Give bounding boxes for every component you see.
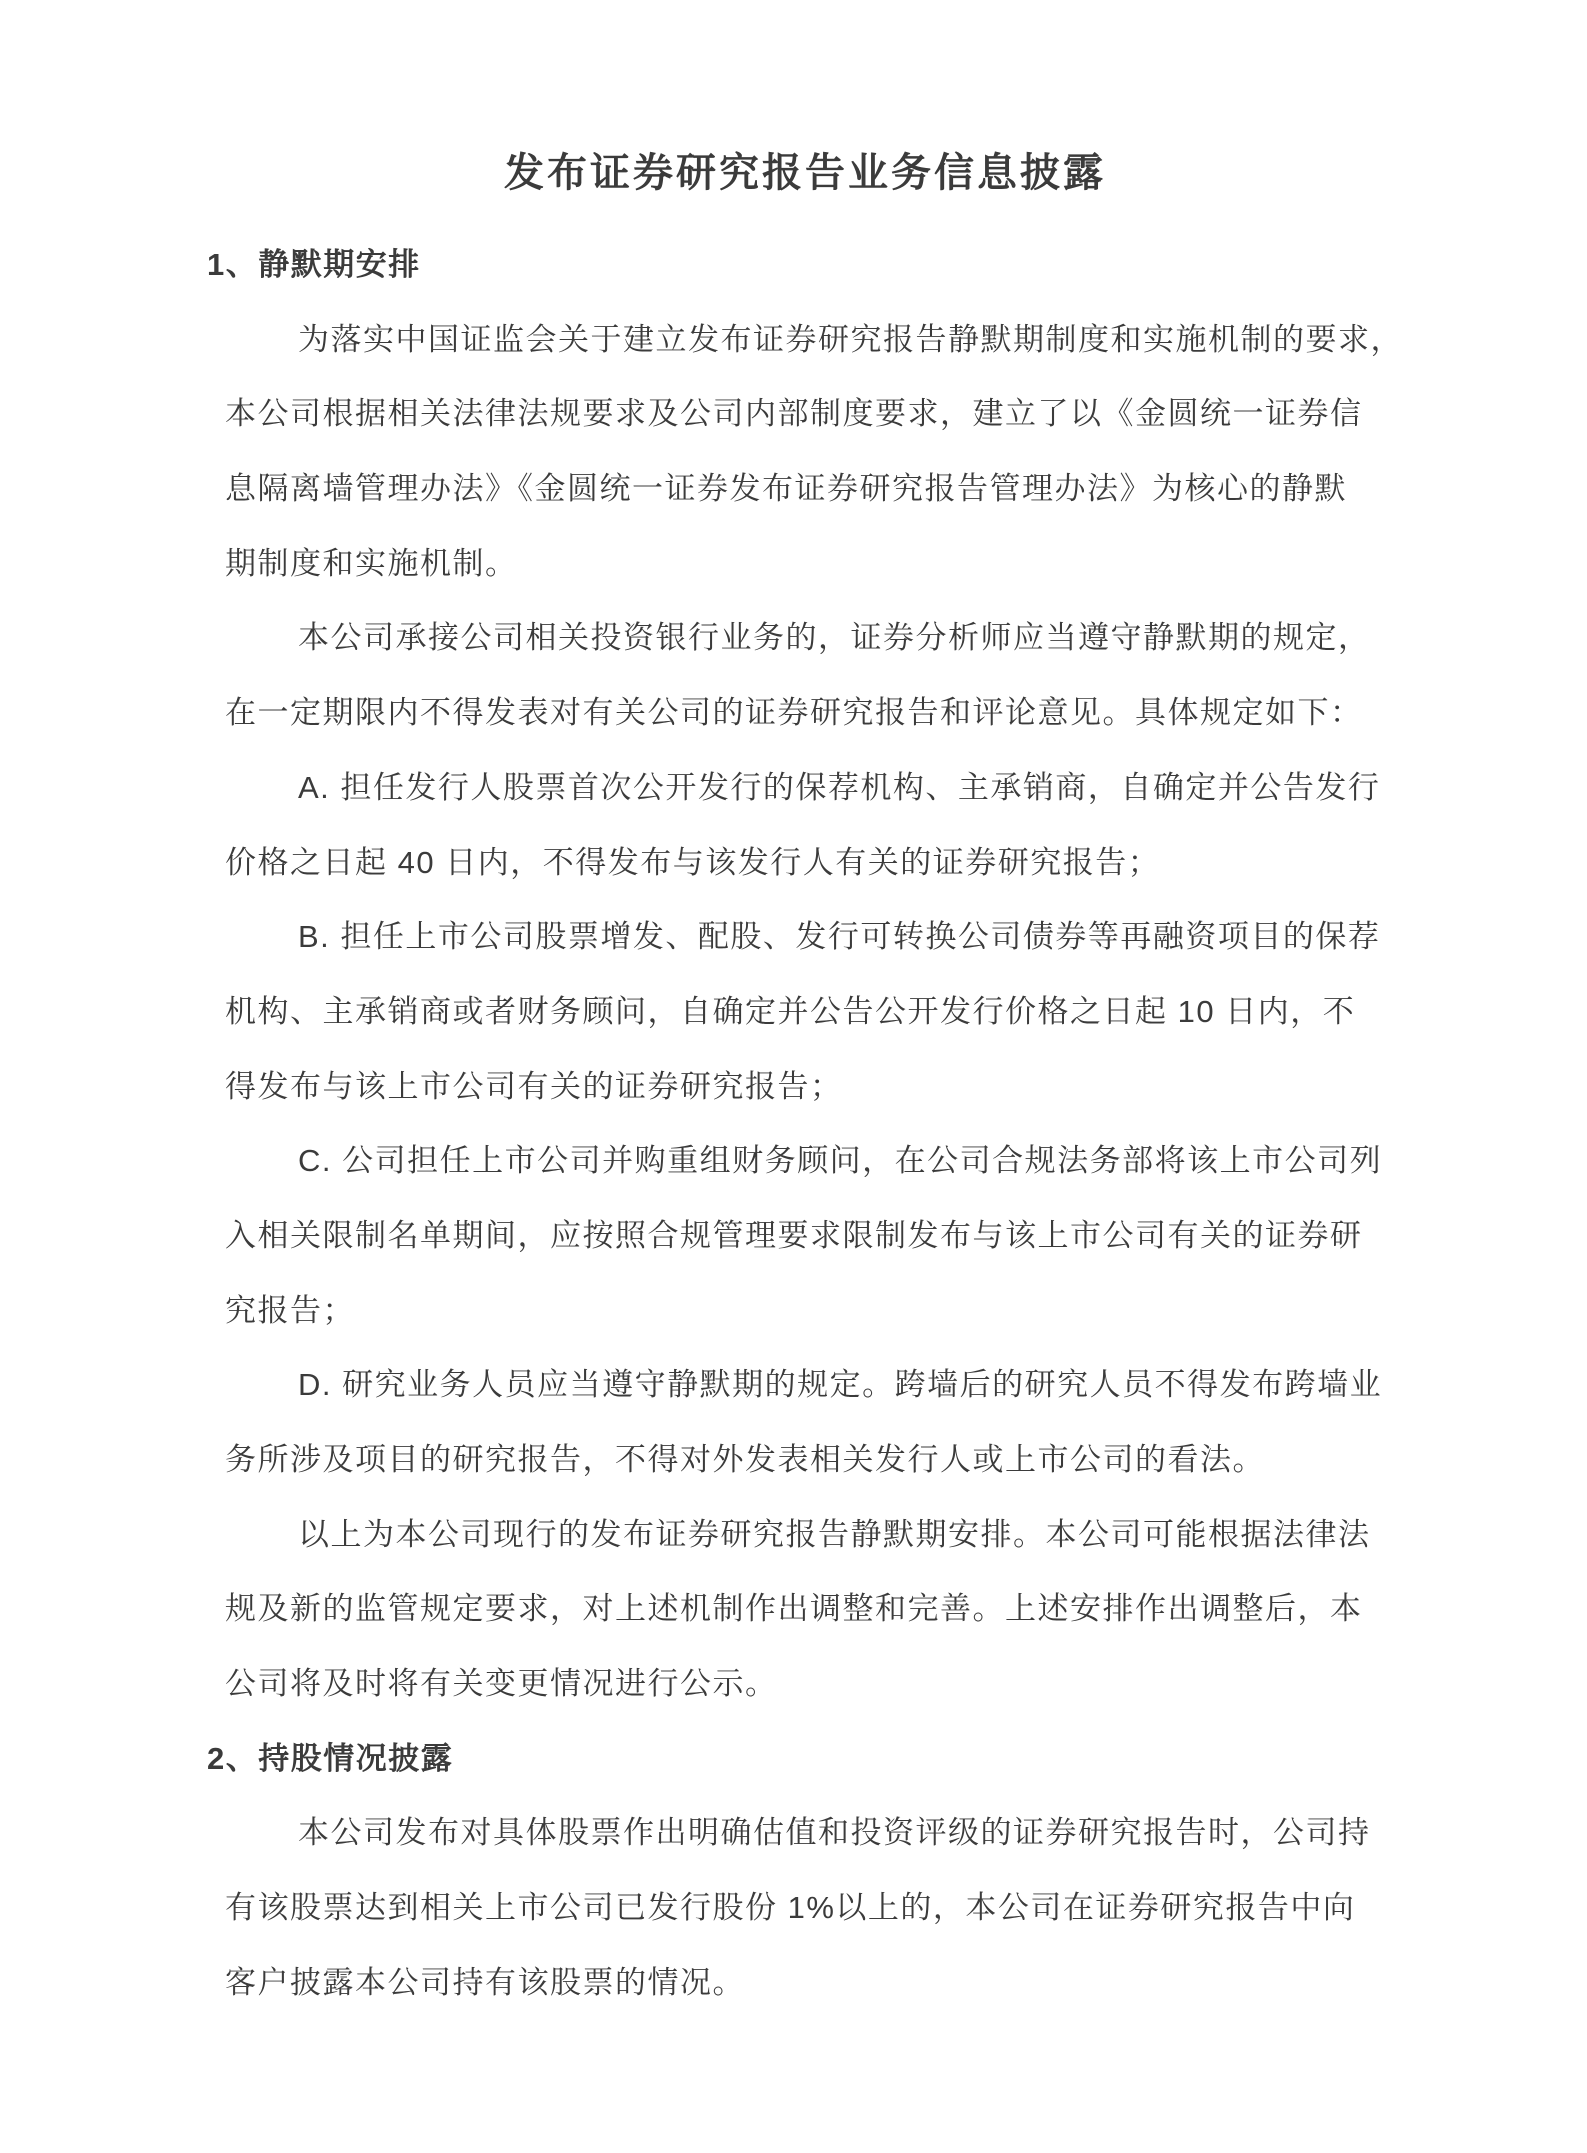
paragraph-line-item-b: B. 担任上市公司股票增发、配股、发行可转换公司债券等再融资项目的保荐	[225, 900, 1387, 975]
paragraph-line: 规及新的监管规定要求，对上述机制作出调整和完善。上述安排作出调整后，本	[225, 1572, 1387, 1647]
paragraph-line-item-d: D. 研究业务人员应当遵守静默期的规定。跨墙后的研究人员不得发布跨墙业	[225, 1348, 1387, 1423]
paragraph-line: 务所涉及项目的研究报告，不得对外发表相关发行人或上市公司的看法。	[225, 1423, 1387, 1498]
paragraph-line: 本公司发布对具体股票作出明确估值和投资评级的证券研究报告时，公司持	[225, 1796, 1387, 1871]
section-2-heading: 2、持股情况披露	[207, 1722, 1387, 1797]
paragraph-line: 以上为本公司现行的发布证券研究报告静默期安排。本公司可能根据法律法	[225, 1498, 1387, 1573]
paragraph-line: 有该股票达到相关上市公司已发行股份 1%以上的，本公司在证券研究报告中向	[225, 1871, 1387, 1946]
page-title: 发布证券研究报告业务信息披露	[225, 143, 1385, 203]
paragraph-line: 本公司根据相关法律法规要求及公司内部制度要求，建立了以《金圆统一证券信	[225, 377, 1387, 452]
paragraph-line: 入相关限制名单期间，应按照合规管理要求限制发布与该上市公司有关的证券研	[225, 1199, 1387, 1274]
document-page: 发布证券研究报告业务信息披露 1、静默期安排 为落实中国证监会关于建立发布证券研…	[0, 0, 1587, 2153]
paragraph-line-item-a: A. 担任发行人股票首次公开发行的保荐机构、主承销商，自确定并公告发行	[225, 751, 1387, 826]
paragraph-line: 为落实中国证监会关于建立发布证券研究报告静默期制度和实施机制的要求，	[225, 303, 1387, 378]
section-1-heading: 1、静默期安排	[207, 228, 1387, 303]
paragraph-line: 价格之日起 40 日内，不得发布与该发行人有关的证券研究报告；	[225, 826, 1387, 901]
paragraph-line: 在一定期限内不得发表对有关公司的证券研究报告和评论意见。具体规定如下：	[225, 676, 1387, 751]
paragraph-line-item-c: C. 公司担任上市公司并购重组财务顾问，在公司合规法务部将该上市公司列	[225, 1124, 1387, 1199]
paragraph-line: 机构、主承销商或者财务顾问，自确定并公告公开发行价格之日起 10 日内，不	[225, 975, 1387, 1050]
paragraph-line: 客户披露本公司持有该股票的情况。	[225, 1946, 1387, 2021]
paragraph-line: 息隔离墙管理办法》《金圆统一证券发布证券研究报告管理办法》为核心的静默	[225, 452, 1387, 527]
paragraph-line: 本公司承接公司相关投资银行业务的，证券分析师应当遵守静默期的规定，	[225, 601, 1387, 676]
paragraph-line: 期制度和实施机制。	[225, 527, 1387, 602]
paragraph-line: 究报告；	[225, 1274, 1387, 1349]
document-body: 1、静默期安排 为落实中国证监会关于建立发布证券研究报告静默期制度和实施机制的要…	[225, 228, 1387, 2021]
paragraph-line: 公司将及时将有关变更情况进行公示。	[225, 1647, 1387, 1722]
paragraph-line: 得发布与该上市公司有关的证券研究报告；	[225, 1050, 1387, 1125]
